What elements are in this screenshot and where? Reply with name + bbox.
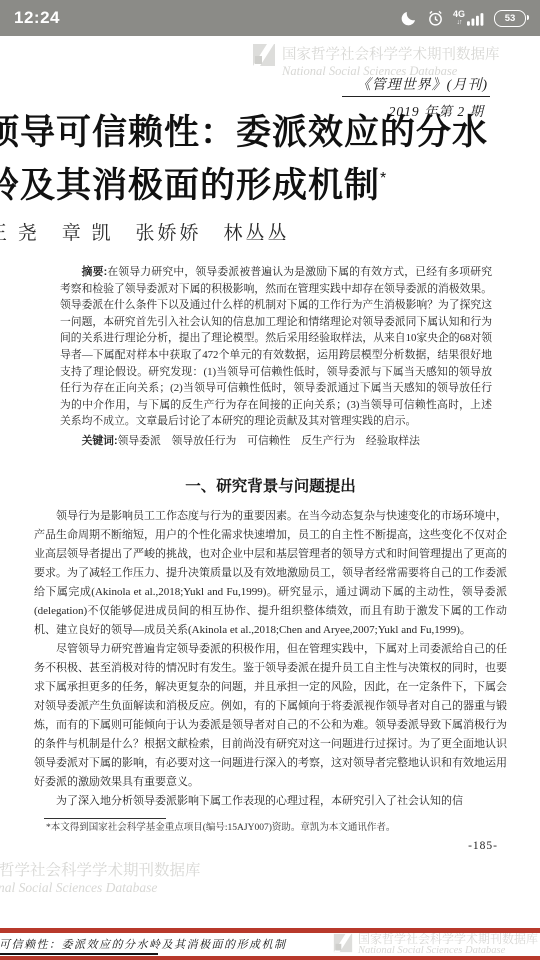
body-paragraph: 为了深入地分析领导委派影响下属工作表现的心理过程，本研究引入了社会认知的信 bbox=[34, 792, 507, 811]
keywords-line: 关键词:领导委派 领导放任行为 可信赖性 反生产行为 经验取样法 bbox=[60, 433, 492, 450]
battery-icon: 53 bbox=[494, 10, 526, 27]
article-title-line1: 领导可信赖性：委派效应的分水 bbox=[0, 110, 540, 156]
watermark-text-cn: 国家哲学社会科学学术期刊数据库 bbox=[358, 933, 538, 945]
next-page-sliver[interactable]: 领导可信赖性：委派效应的分水岭及其消极面的形成机制 国家哲学社会科学学术期刊数据… bbox=[0, 933, 540, 956]
journal-divider bbox=[342, 96, 490, 97]
front-matter: 摘要:在领导力研究中，领导委派被普遍认为是激励下属的有效方式，已经有多项研究考察… bbox=[60, 264, 492, 450]
data-arrows-icon: ↓↑ bbox=[456, 19, 461, 26]
footnote-area: *本文得到国家社会科学基金重点项目(编号:15AJY007)资助。章凯为本文通讯… bbox=[34, 818, 507, 835]
page-gap-bar: 领导可信赖性：委派效应的分水岭及其消极面的形成机制 国家哲学社会科学学术期刊数据… bbox=[0, 928, 540, 960]
nssd-watermark-next-page: 国家哲学社会科学学术期刊数据库 National Social Sciences… bbox=[333, 933, 538, 956]
section-heading: 一、研究背景与问题提出 bbox=[34, 474, 507, 496]
running-title-rule bbox=[0, 953, 158, 955]
phone-screen: 12:24 4G ↓↑ bbox=[0, 0, 540, 960]
keywords-label: 关键词: bbox=[82, 435, 118, 447]
document-page[interactable]: 国家哲学社会科学学术期刊数据库 National Social Sciences… bbox=[0, 36, 540, 928]
alarm-clock-icon bbox=[427, 10, 444, 27]
network-type-label: 4G bbox=[453, 10, 465, 19]
status-bar-icons: 4G ↓↑ 53 bbox=[400, 9, 526, 27]
watermark-text-en: National Social Sciences Database bbox=[0, 880, 201, 896]
article-title-line2: 岭及其消极面的形成机制* bbox=[0, 156, 540, 209]
abstract-label: 摘要: bbox=[82, 266, 108, 278]
nssd-logo-icon bbox=[333, 933, 353, 956]
running-title: 领导可信赖性：委派效应的分水岭及其消极面的形成机制 bbox=[0, 936, 287, 952]
nssd-logo-icon bbox=[252, 43, 276, 72]
watermark-text-en: National Social Sciences Database bbox=[358, 945, 538, 956]
article-body: 一、研究背景与问题提出 领导行为是影响员工工作态度与行为的重要因素。在当今动态复… bbox=[34, 474, 507, 811]
status-bar: 12:24 4G ↓↑ bbox=[0, 0, 540, 36]
footnote-text: *本文得到国家社会科学基金重点项目(编号:15AJY007)资助。章凯为本文通讯… bbox=[34, 819, 507, 835]
article-title: 领导可信赖性：委派效应的分水 岭及其消极面的形成机制* bbox=[0, 110, 540, 209]
clock-time: 12:24 bbox=[14, 8, 60, 28]
abstract: 摘要:在领导力研究中，领导委派被普遍认为是激励下属的有效方式，已经有多项研究考察… bbox=[60, 264, 492, 430]
watermark-text-cn: 国家哲学社会科学学术期刊数据库 bbox=[282, 43, 500, 64]
watermark-text-cn: 国家哲学社会科学学术期刊数据库 bbox=[0, 858, 201, 880]
title-footnote-marker: * bbox=[380, 170, 387, 187]
page-number: -185- bbox=[468, 840, 498, 852]
do-not-disturb-moon-icon bbox=[400, 9, 418, 27]
author-names: 王 尧 章 凯 张娇娇 林丛丛 bbox=[0, 218, 290, 245]
body-paragraph: 领导行为是影响员工工作态度与行为的重要因素。在当今动态复杂与快速变化的市场环境中… bbox=[34, 507, 507, 640]
nssd-watermark-bottom: 国家哲学社会科学学术期刊数据库 National Social Sciences… bbox=[0, 858, 201, 896]
keywords-text: 领导委派 领导放任行为 可信赖性 反生产行为 经验取样法 bbox=[118, 435, 420, 447]
cellular-signal-icon: 4G ↓↑ bbox=[453, 10, 485, 26]
journal-name: 《管理世界》(月刊) bbox=[342, 74, 490, 94]
abstract-text: 在领导力研究中，领导委派被普遍认为是激励下属的有效方式，已经有多项研究考察和检验… bbox=[60, 266, 492, 427]
body-paragraph: 尽管领导力研究普遍肯定领导委派的积极作用，但在管理实践中，下属对上司委派给自己的… bbox=[34, 640, 507, 792]
battery-percent: 53 bbox=[505, 13, 516, 24]
